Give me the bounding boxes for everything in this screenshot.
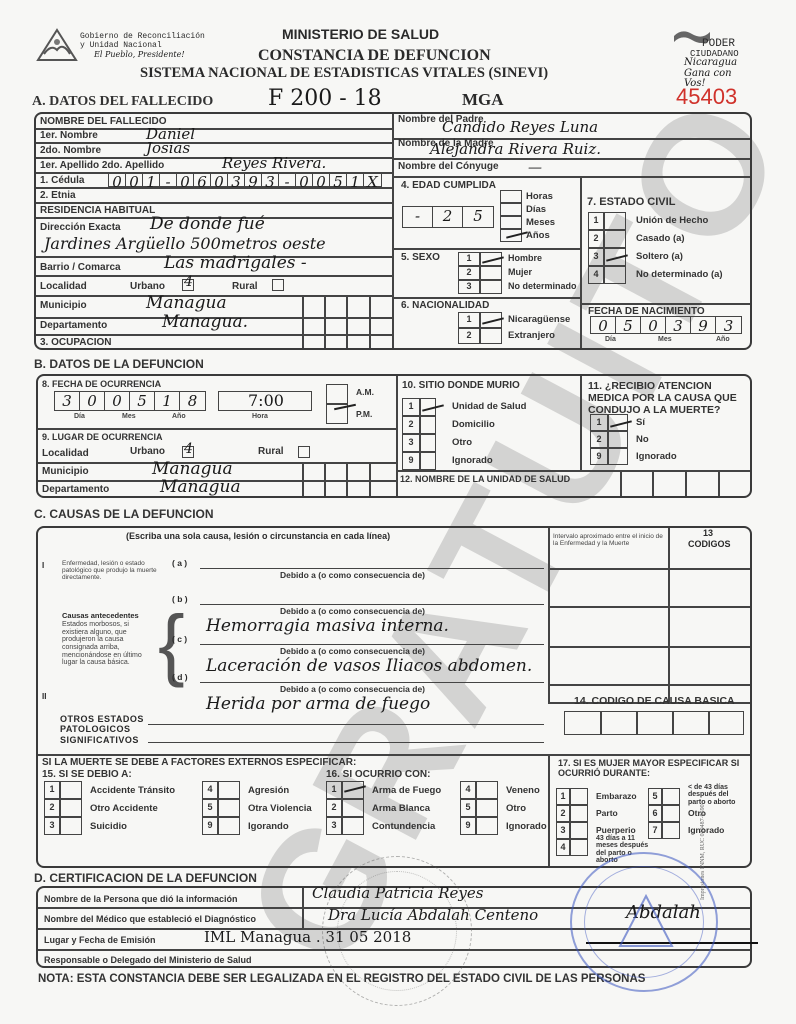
responsable-label: Responsable o Delegado del Ministerio de…: [44, 955, 252, 965]
medico-label: Nombre del Médico que estableció el Diag…: [44, 914, 256, 924]
fecha-ocurrencia-title: 8. FECHA DE OCURRENCIA: [42, 379, 161, 389]
option-code: 2: [326, 802, 342, 812]
edad-unit-box[interactable]: [500, 216, 522, 229]
digit-cell: 8: [180, 392, 205, 410]
option-label: Otra Violencia: [248, 803, 312, 814]
gov-logo-text-2: y Unidad Nacional: [80, 41, 162, 50]
estado-civil-title: 7. ESTADO CIVIL: [587, 196, 675, 208]
option-label: Otro: [452, 437, 472, 448]
lugar-municipio-value[interactable]: Managua: [152, 459, 233, 479]
departamento-value[interactable]: Managua.: [162, 312, 248, 332]
death-dia-label: Día: [74, 413, 85, 421]
barrio-value[interactable]: Las madrigales -: [164, 253, 307, 273]
digit-cell: 3: [262, 173, 279, 186]
cause-line: [200, 568, 544, 569]
option-code: 9: [402, 455, 420, 465]
digit-cell: 0: [80, 392, 105, 410]
digit-cell: X: [364, 173, 381, 186]
lugar-urbano-label: Urbano: [130, 446, 165, 457]
cause-text[interactable]: Laceración de vasos Iliacos abdomen.: [206, 656, 532, 676]
option-code: 9: [202, 820, 218, 830]
option-checkbox[interactable]: [480, 266, 502, 280]
second-name-label: 2do. Nombre: [40, 145, 101, 156]
lugar-rural-checkbox[interactable]: [298, 446, 310, 458]
option-code: 2: [458, 267, 480, 277]
option-label: Ignorado: [452, 455, 493, 466]
option-label: Veneno: [506, 785, 540, 796]
digit-cell: 0: [105, 392, 130, 410]
mujer-title: 17. SI ES MUJER MAYOR ESPECIFICAR SI OCU…: [558, 758, 748, 779]
option-code: 2: [458, 330, 480, 340]
digit-cell: -: [279, 173, 296, 186]
document-title: CONSTANCIA DE DEFUNCION: [258, 47, 491, 65]
lugar-departamento-label: Departamento: [42, 484, 109, 495]
residencia-header: RESIDENCIA HABITUAL: [40, 205, 155, 216]
edad-unit-box[interactable]: [500, 203, 522, 216]
debido-label: Debido a (o como consecuencia de): [280, 606, 425, 616]
digit-cell: 3: [55, 392, 80, 410]
option-label: Embarazo: [596, 791, 637, 801]
option-checkbox[interactable]: [570, 788, 588, 805]
digit-cell: 3: [228, 173, 245, 186]
lugar-rural-label: Rural: [258, 446, 284, 457]
option-checkbox[interactable]: [662, 822, 680, 839]
option-code: 1: [458, 253, 480, 263]
option-checkbox[interactable]: [604, 266, 626, 284]
option-code: 3: [556, 825, 570, 835]
localidad-label: Localidad: [40, 281, 87, 292]
option-code: 1: [556, 791, 570, 801]
option-label: Sí: [636, 417, 645, 428]
option-label: Igorando: [248, 821, 289, 832]
option-checkbox[interactable]: [570, 822, 588, 839]
option-checkbox[interactable]: [420, 416, 436, 434]
document-subtitle: SISTEMA NACIONAL DE ESTADISTICAS VITALES…: [140, 65, 548, 82]
part-1-label: I: [42, 561, 44, 570]
option-code: 5: [202, 802, 218, 812]
option-code: 1: [44, 784, 60, 794]
digit-cell: 9: [691, 317, 716, 333]
cause-text[interactable]: Herida por arma de fuego: [206, 694, 430, 714]
digit-cell: 0: [641, 317, 666, 333]
option-checkbox[interactable]: [480, 280, 502, 294]
cause-letter: ( d ): [172, 672, 188, 682]
edad-unit-label: Meses: [526, 217, 555, 228]
causa-basica-label: 14. CODIGO DE CAUSA BASICA: [574, 695, 735, 707]
digit-cell: 1: [155, 392, 180, 410]
intervalo-label: Intervalo aproximado entre el inicio de …: [553, 533, 665, 547]
municipio-label: Municipio: [40, 300, 87, 311]
causa-basica-code-box[interactable]: [564, 711, 744, 735]
antecedentes-desc: Estados morbosos, si existiera alguno, q…: [62, 621, 148, 667]
section-d-title: D. CERTIFICACION DE LA DEFUNCION: [34, 871, 257, 885]
death-date-digits[interactable]: 300518: [54, 391, 206, 411]
option-code: 1: [590, 417, 608, 427]
edad-digits[interactable]: -25: [402, 206, 494, 228]
option-code: 2: [44, 802, 60, 812]
cause-text[interactable]: Hemorragia masiva interna.: [206, 616, 449, 636]
digit-cell: 3: [666, 317, 691, 333]
file-code: F 200 - 18: [268, 86, 382, 111]
option-checkbox[interactable]: [342, 817, 364, 835]
option-label: Arma Blanca: [372, 803, 430, 814]
option-label: Parto: [596, 808, 618, 818]
sexo-title: 5. SEXO: [401, 252, 440, 263]
part-2-label: II: [42, 692, 46, 701]
informante-label: Nombre de la Persona que dió la informac…: [44, 894, 238, 904]
option-checkbox[interactable]: [476, 781, 498, 799]
birth-anio-label: Año: [716, 336, 730, 344]
digit-cell: -: [160, 173, 177, 186]
digit-cell: 0: [296, 173, 313, 186]
option-checkbox[interactable]: [342, 799, 364, 817]
cause-line: [200, 644, 544, 645]
digit-cell: 5: [330, 173, 347, 186]
option-code: 3: [326, 820, 342, 830]
departamento-label: Departamento: [40, 320, 107, 331]
digit-cell: 1: [347, 173, 364, 186]
edad-unit-label: Horas: [526, 191, 553, 202]
option-code: 5: [648, 791, 662, 801]
edad-unit-label: Años: [526, 230, 550, 241]
debido-label: Debido a (o como consecuencia de): [280, 646, 425, 656]
etnia-label: 2. Etnia: [40, 190, 76, 201]
option-code: 2: [556, 808, 570, 818]
otros-estados-label: OTROS ESTADOS PATOLOGICOS SIGNIFICATIVOS: [60, 714, 172, 745]
surnames-value[interactable]: Reyes Rivera.: [222, 154, 326, 172]
option-checkbox[interactable]: [420, 452, 436, 470]
birth-mes-label: Mes: [658, 336, 672, 344]
am-box[interactable]: [326, 384, 348, 404]
cedula-digits[interactable]: 001-060393-0051X: [108, 172, 382, 187]
urbano-label: Urbano: [130, 281, 165, 292]
ministry-title: MINISTERIO DE SALUD: [282, 26, 439, 42]
option-code: 1: [458, 314, 480, 324]
digit-cell: 0: [109, 173, 126, 186]
section-c-title: C. CAUSAS DE LA DEFUNCION: [34, 507, 214, 521]
section-b-title: B. DATOS DE LA DEFUNCION: [34, 357, 204, 371]
option-code: 5: [460, 802, 476, 812]
option-label: Ignorado: [688, 825, 724, 835]
digit-cell: 0: [177, 173, 194, 186]
digit-cell: 1: [143, 173, 160, 186]
digit-cell: 6: [194, 173, 211, 186]
triangle-seal-icon: [616, 892, 676, 952]
option-checkbox[interactable]: [60, 781, 82, 799]
option-label: No: [636, 434, 649, 445]
digit-cell: -: [403, 207, 433, 227]
option-label: Agresión: [248, 785, 289, 796]
death-certificate-page: GRATUITO Gobierno de Reconciliación y Un…: [0, 0, 796, 1024]
option-label: Casado (a): [636, 233, 685, 244]
option-code: 4: [202, 784, 218, 794]
option-label: Arma de Fuego: [372, 785, 441, 796]
codigos-label: CODIGOS: [688, 539, 731, 549]
left-official-stamp: [322, 856, 472, 1006]
option-code: 3: [588, 251, 604, 261]
option-code: 3: [44, 820, 60, 830]
nacionalidad-title: 6. NACIONALIDAD: [401, 300, 489, 311]
digit-cell: 2: [433, 207, 463, 227]
option-label: Hombre: [508, 253, 542, 263]
option-code: 1: [326, 784, 342, 794]
option-label: No determinado: [508, 281, 577, 291]
edad-title: 4. EDAD CUMPLIDA: [401, 180, 496, 191]
surnames-label: 1er. Apellido 2do. Apellido: [40, 160, 164, 171]
digit-cell: 0: [591, 317, 616, 333]
ocurrio-title: 16. SI OCURRIO CON:: [326, 769, 430, 780]
option-label: No determinado (a): [636, 269, 723, 280]
conyuge-value[interactable]: —: [528, 160, 542, 176]
ocupacion-label: 3. OCUPACION: [40, 337, 112, 348]
lugar-departamento-value[interactable]: Managua: [160, 477, 241, 497]
option-checkbox[interactable]: [476, 817, 498, 835]
option-label: Ignorado: [506, 821, 547, 832]
cedula-label: 1. Cédula: [40, 175, 84, 186]
lugar-localidad-label: Localidad: [42, 448, 89, 459]
direccion-line2[interactable]: Jardines Argüello 500metros oeste: [44, 234, 326, 253]
option-checkbox[interactable]: [608, 431, 628, 448]
death-mes-label: Mes: [122, 413, 136, 421]
municipio-value[interactable]: Managua: [146, 293, 227, 313]
rural-label: Rural: [232, 281, 258, 292]
part-1-desc: Enfermedad, lesión o estado patológico q…: [62, 560, 166, 581]
hora-value: 7:00: [248, 391, 284, 410]
digit-cell: 5: [616, 317, 641, 333]
option-code: 9: [590, 451, 608, 461]
option-code: 6: [648, 808, 662, 818]
option-code: 9: [460, 820, 476, 830]
padre-value[interactable]: Candido Reyes Luna: [442, 118, 598, 136]
digit-cell: 0: [211, 173, 228, 186]
edad-unit-label: Días: [526, 204, 546, 215]
option-code: 2: [590, 434, 608, 444]
option-label: Domicilio: [452, 419, 495, 430]
digit-cell: 0: [126, 173, 143, 186]
digit-cell: 9: [245, 173, 262, 186]
lugar-urbano-checkbox[interactable]: 4: [182, 446, 194, 458]
option-label: Mujer: [508, 267, 532, 277]
option-code: 2: [402, 419, 420, 429]
option-checkbox[interactable]: [604, 230, 626, 248]
direccion-line1[interactable]: De donde fué: [150, 214, 265, 234]
barrio-label: Barrio / Comarca: [40, 262, 121, 273]
option-checkbox[interactable]: [480, 328, 502, 344]
debido-label: Debido a (o como consecuencia de): [280, 570, 425, 580]
lugar-municipio-label: Municipio: [42, 466, 89, 477]
serial-number: 45403: [676, 84, 737, 110]
externos-title: SI LA MUERTE SE DEBE A FACTORES EXTERNOS…: [42, 757, 356, 768]
pm-label: P.M.: [356, 409, 372, 419]
digit-cell: 5: [463, 207, 493, 227]
option-code: 4: [556, 842, 570, 852]
right-official-stamp: [570, 852, 718, 992]
cause-instruction: (Escriba una sola causa, lesión o circun…: [126, 531, 390, 541]
option-code: 1: [588, 215, 604, 225]
birth-dia-label: Día: [605, 336, 616, 344]
option-code: 4: [460, 784, 476, 794]
option-code: 7: [648, 825, 662, 835]
option-label: Extranjero: [508, 330, 555, 341]
codigos-number: 13: [703, 528, 713, 538]
digit-cell: 3: [716, 317, 741, 333]
option-checkbox[interactable]: [662, 805, 680, 822]
option-label: Nicaragüense: [508, 314, 570, 325]
gov-logo: [36, 28, 78, 62]
lugar-ocurrencia-title: 9. LUGAR DE OCURRENCIA: [42, 432, 163, 442]
gov-logo-text-1: Gobierno de Reconciliación: [80, 32, 205, 41]
second-name-value[interactable]: Josias: [146, 139, 190, 157]
option-checkbox[interactable]: [218, 799, 240, 817]
cause-line: [200, 604, 544, 605]
option-checkbox[interactable]: [604, 212, 626, 230]
option-label: Accidente Tránsito: [90, 785, 175, 796]
death-anio-label: Año: [172, 413, 186, 421]
direccion-label: Dirección Exacta: [40, 222, 121, 233]
option-code: 4: [588, 269, 604, 279]
option-label: Unidad de Salud: [452, 401, 526, 412]
region-code: MGA: [462, 90, 504, 110]
edad-unit-box[interactable]: [500, 190, 522, 203]
first-name-label: 1er. Nombre: [40, 130, 98, 141]
option-code: 1: [402, 401, 420, 411]
sitio-title: 10. SITIO DONDE MURIO: [402, 380, 520, 391]
option-label: Puerperio: [596, 825, 636, 835]
debio-title: 15. SI SE DEBIO A:: [42, 769, 132, 780]
gov-slogan: El Pueblo, Presidente!: [94, 50, 185, 59]
triangle-emblem-icon: [36, 28, 78, 62]
option-checkbox[interactable]: [218, 817, 240, 835]
digit-cell: 0: [313, 173, 330, 186]
atencion-title: 11. ¿RECIBIO ATENCION MEDICA POR LA CAUS…: [588, 380, 748, 416]
cause-line: [200, 682, 544, 683]
option-label: Soltero (a): [636, 251, 683, 262]
option-code: 3: [458, 281, 480, 291]
debido-label: Debido a (o como consecuencia de): [280, 684, 425, 694]
option-label: Otro Accidente: [90, 803, 158, 814]
antecedentes-title: Causas antecedentes: [62, 611, 139, 620]
birth-date-digits[interactable]: 050393: [590, 316, 742, 334]
lugar-fecha-label: Lugar y Fecha de Emisión: [44, 935, 156, 945]
option-code: 3: [402, 437, 420, 447]
option-label: Ignorado: [636, 451, 677, 462]
rural-checkbox[interactable]: [272, 279, 284, 291]
urbano-checkbox[interactable]: 4: [182, 279, 194, 291]
option-checkbox[interactable]: [60, 799, 82, 817]
option-checkbox[interactable]: [60, 817, 82, 835]
unidad-salud-label: 12. NOMBRE DE LA UNIDAD DE SALUD: [400, 474, 570, 484]
option-checkbox[interactable]: [218, 781, 240, 799]
option-label: Suicidio: [90, 821, 127, 832]
option-label: Contundencia: [372, 821, 435, 832]
option-checkbox[interactable]: [420, 434, 436, 452]
option-code: 2: [588, 233, 604, 243]
digit-cell: 5: [130, 392, 155, 410]
option-checkbox[interactable]: [476, 799, 498, 817]
option-label: Unión de Hecho: [636, 215, 708, 226]
conyuge-label: Nombre del Cónyuge: [398, 161, 499, 172]
option-label: < de 43 días después del parto o aborto: [688, 784, 746, 806]
cause-letter: ( b ): [172, 594, 188, 604]
madre-value[interactable]: Alejandra Rivera Ruiz.: [430, 140, 601, 158]
option-checkbox[interactable]: [570, 805, 588, 822]
cause-letter: ( c ): [172, 634, 187, 644]
option-checkbox[interactable]: [570, 839, 588, 856]
option-checkbox[interactable]: [608, 448, 628, 465]
hora-label: Hora: [252, 413, 268, 421]
option-label: Otro: [506, 803, 526, 814]
section-a-title: A. DATOS DEL FALLECIDO: [32, 94, 213, 110]
cause-letter: ( a ): [172, 558, 187, 568]
option-checkbox[interactable]: [662, 788, 680, 805]
am-label: A.M.: [356, 387, 374, 397]
